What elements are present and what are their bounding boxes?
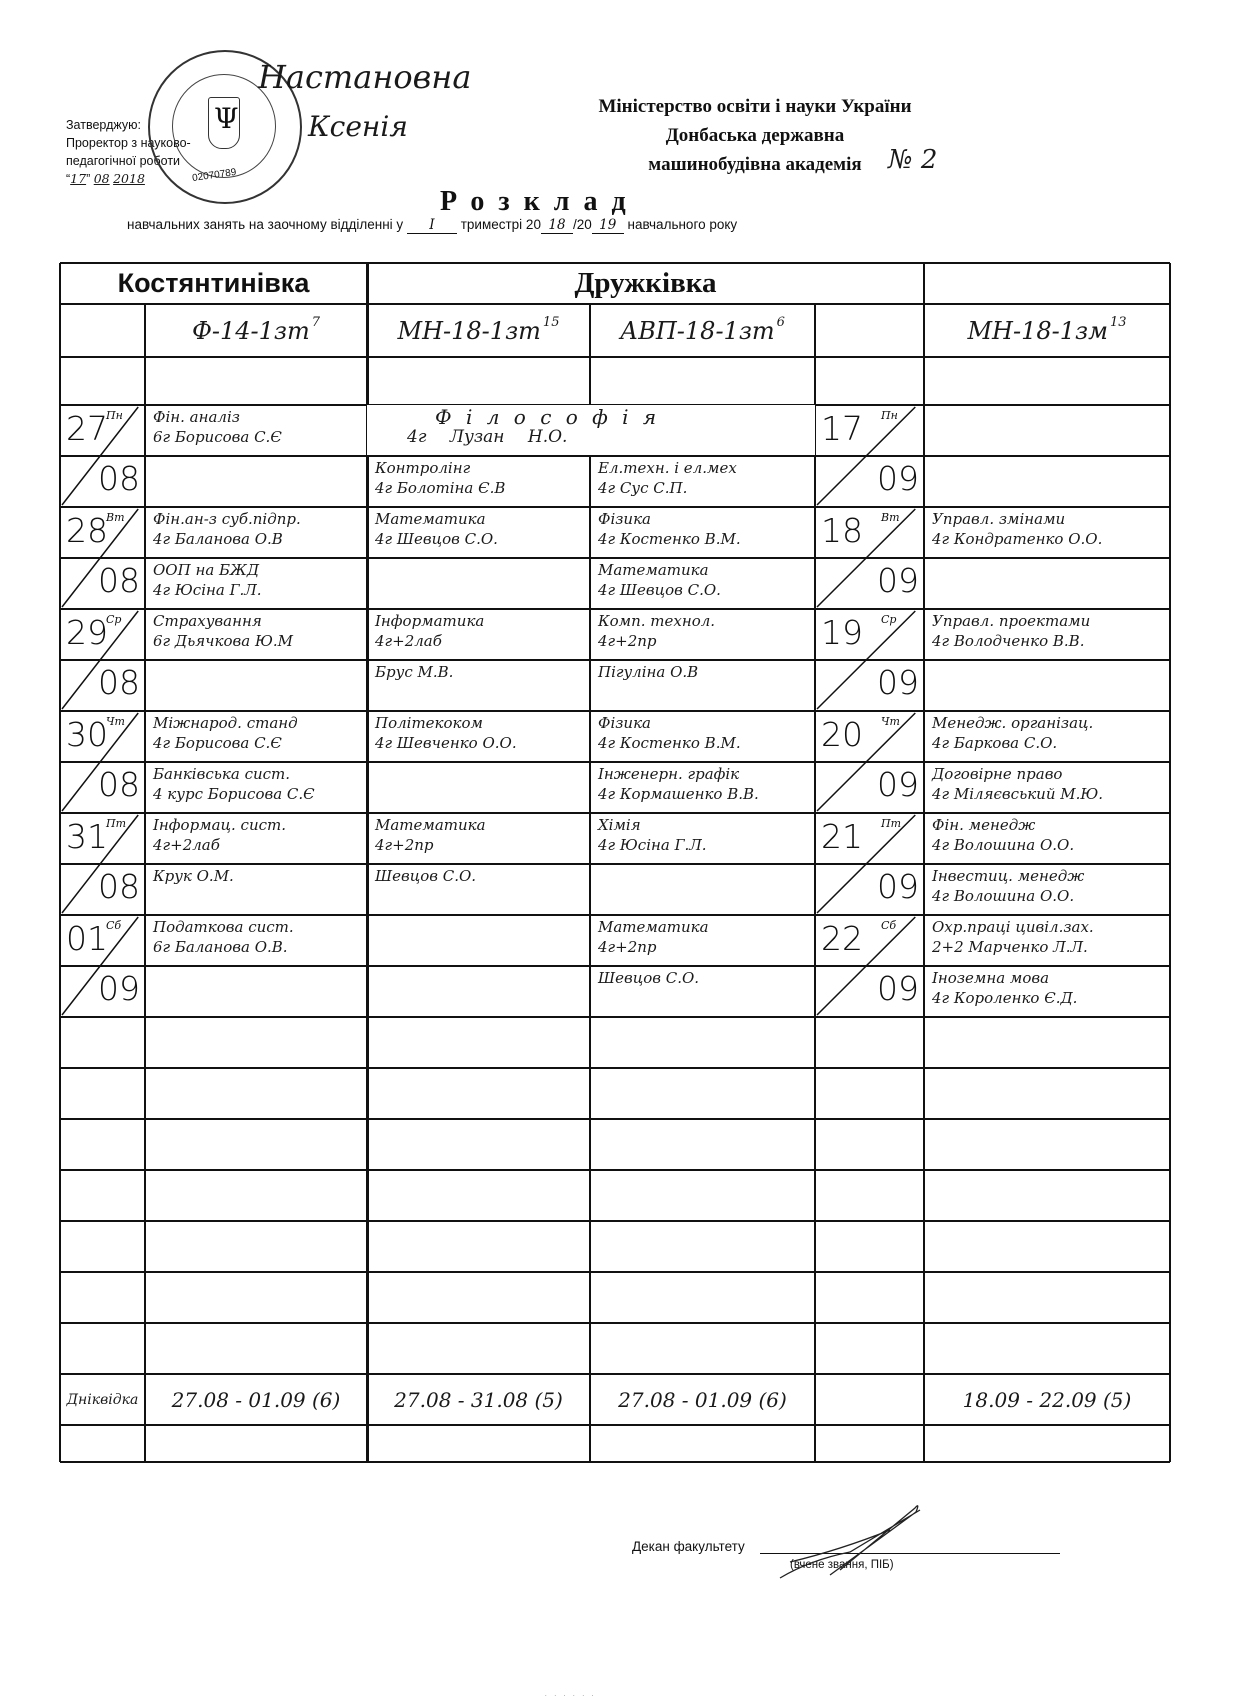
lesson-subject: Математика [598, 917, 809, 937]
group-f14-header: Ф-14-1зт7 [145, 304, 367, 357]
lesson-details: 4г Костенко В.М. [598, 529, 809, 549]
group-student-count: 7 [312, 315, 320, 330]
lesson-subject: Ел.техн. і ел.мех [598, 458, 809, 478]
document-number-mark: № 2 [888, 145, 937, 175]
lesson-subject: Менедж. організац. [932, 713, 1164, 733]
dates-label: Дніквідка [60, 1374, 145, 1425]
dates-avp18: 27.08 - 01.09 (6) [590, 1374, 815, 1425]
table-row-divider [60, 1118, 1170, 1120]
table-row-divider [60, 1220, 1170, 1222]
lesson-details: 4г Шевцов С.О. [375, 529, 584, 549]
lesson-details: 4г+2пр [598, 937, 809, 957]
day-of-week: Сб [106, 919, 121, 932]
lesson-details: 4г Кондратенко О.О. [932, 529, 1164, 549]
table-row-divider [60, 1271, 1170, 1273]
lesson-subject: Хімія [598, 815, 809, 835]
group-name: МН-18-1зм [967, 317, 1108, 345]
year-to-field: 19 [592, 217, 624, 234]
lesson-cell-mn18zm: Управл. змінами4г Кондратенко О.О. [924, 507, 1170, 558]
table-row-divider [60, 1322, 1170, 1324]
lesson-cell-avp18: Фізика4г Костенко В.М. [590, 711, 815, 762]
dates-mn18zm: 18.09 - 22.09 (5) [924, 1374, 1170, 1425]
day-of-week: Пн [106, 409, 123, 422]
lesson-details: 4г Шевченко О.О. [375, 733, 584, 753]
lesson-cell-mn18zm: Охр.праці цивіл.зах.2+2 Марченко Л.Л. [924, 915, 1170, 966]
month-number: 08 [98, 765, 140, 804]
table-row-divider [367, 455, 815, 457]
group-avp18-header: АВП-18-1зт6 [590, 304, 815, 357]
lesson-cell-mn18: Інформатика4г+2лаб [367, 609, 590, 660]
year-separator: /20 [573, 217, 592, 232]
lesson-cell-mn18zm: Договірне право4г Міляєвський М.Ю. [924, 762, 1170, 813]
lesson-subject: Шевцов С.О. [375, 866, 584, 886]
subtitle-mid: триместрі 20 [461, 217, 541, 232]
day-of-week: Чт [106, 715, 125, 728]
lesson-details: 4г Волошина О.О. [932, 886, 1164, 906]
day-cell: 31Пт08 [60, 813, 145, 915]
group-name: АВП-18-1зт [620, 317, 775, 345]
lesson-subject: Управл. проектами [932, 611, 1164, 631]
day-cell: 28Вт08 [60, 507, 145, 609]
lesson-cell-mn18: Політекоком4г Шевченко О.О. [367, 711, 590, 762]
subtitle-prefix: навчальних занять на заочному відділенні… [127, 217, 403, 232]
lesson-cell-mn18zm: Менедж. організац.4г Баркова С.О. [924, 711, 1170, 762]
lesson-details: 6г Борисова С.Є [153, 427, 361, 447]
dean-label: Декан факультету [632, 1539, 745, 1554]
table-row-divider [60, 1067, 1170, 1069]
month-number: 08 [98, 459, 140, 498]
day-number: 22 [821, 919, 863, 958]
lesson-details: 4г Баланова О.В [153, 529, 361, 549]
day-number: 31 [66, 817, 108, 856]
lesson-details: 4г Шевцов С.О. [598, 580, 809, 600]
lesson-details: 6г Дьячкова Ю.М [153, 631, 361, 651]
lesson-subject: Математика [375, 509, 584, 529]
lesson-subject: Пігуліна О.В [598, 662, 809, 682]
lesson-details: 4г Міляєвський М.Ю. [932, 784, 1164, 804]
day-of-week: Вт [881, 511, 900, 524]
lesson-cell-mn18zm [924, 660, 1170, 711]
group-student-count: 15 [543, 315, 560, 330]
day-of-week: Пт [106, 817, 126, 830]
day-number: 20 [821, 715, 863, 754]
lesson-details: 4г Кормашенко В.В. [598, 784, 809, 804]
lesson-subject: Крук О.М. [153, 866, 361, 886]
lesson-cell-avp18: Шевцов С.О. [590, 966, 815, 1017]
scan-footer-noise: . . . . . . [545, 1692, 596, 1698]
day-of-week: Сб [881, 919, 896, 932]
month-number: 08 [98, 867, 140, 906]
day-number: 19 [821, 613, 863, 652]
lesson-subject: Комп. технол. [598, 611, 809, 631]
subtitle-suffix: навчального року [628, 217, 738, 232]
group-name: Ф-14-1зт [192, 317, 310, 345]
lesson-cell-avp18: Хімія4г Юсіна Г.Л. [590, 813, 815, 864]
day-cell: 01Сб09 [60, 915, 145, 1017]
trimester-field: I [407, 217, 457, 234]
lesson-cell-f14: Інформац. сист.4г+2лаб [145, 813, 367, 864]
day-of-week: Вт [106, 511, 125, 524]
day-of-week: Ср [106, 613, 121, 626]
approval-signature-name: Настановна [258, 58, 471, 96]
day-number: 27 [66, 409, 108, 448]
lesson-details: 4г Борисова С.Є [153, 733, 361, 753]
lesson-subject: Іноземна мова [932, 968, 1164, 988]
lesson-cell-f14: Крук О.М. [145, 864, 367, 915]
dates-f14: 27.08 - 01.09 (6) [145, 1374, 367, 1425]
document-title: Розклад [440, 186, 640, 218]
dates-mn18: 27.08 - 31.08 (5) [367, 1374, 590, 1425]
lesson-subject: Фін. аналіз [153, 407, 361, 427]
lesson-details: 4г+2пр [375, 835, 584, 855]
lesson-cell-mn18zm: Інвестиц. менедж4г Волошина О.О. [924, 864, 1170, 915]
lesson-cell-mn18: Математика4г+2пр [367, 813, 590, 864]
lesson-cell-f14: Податкова сист.6г Баланова О.В. [145, 915, 367, 966]
lesson-cell-avp18: Інженерн. графік4г Кормашенко В.В. [590, 762, 815, 813]
lesson-cell-avp18: Комп. технол.4г+2пр [590, 609, 815, 660]
lesson-details: 6г Баланова О.В. [153, 937, 361, 957]
lesson-cell-f14: Фін. аналіз6г Борисова С.Є [145, 405, 367, 456]
lesson-cell-f14: Банківська сист.4 курс Борисова С.Є [145, 762, 367, 813]
city-header-druzhkivka: Дружківка [367, 263, 924, 304]
lesson-subject: Ф і л о с о ф і я [407, 407, 809, 427]
approval-signature-name-2: Ксенія [308, 110, 408, 143]
lesson-details: 4г+2лаб [153, 835, 361, 855]
lesson-cell-mn18zm [924, 558, 1170, 609]
day-number: 21 [821, 817, 863, 856]
day-cell: 21Пт09 [815, 813, 924, 915]
lesson-subject: Управл. змінами [932, 509, 1164, 529]
lesson-subject: Математика [598, 560, 809, 580]
day-of-week: Пт [881, 817, 901, 830]
lesson-cell-philosophy-merged: Ф і л о с о ф і я4г Лузан Н.О. [367, 405, 815, 456]
month-number: 08 [98, 561, 140, 600]
lesson-subject: Міжнарод. станд [153, 713, 361, 733]
lesson-cell-avp18: Математика4г+2пр [590, 915, 815, 966]
lesson-details: 4г+2лаб [375, 631, 584, 651]
lesson-subject: Політекоком [375, 713, 584, 733]
lesson-subject: Брус М.В. [375, 662, 584, 682]
lesson-subject: Податкова сист. [153, 917, 361, 937]
month-number: 09 [877, 663, 919, 702]
lesson-details: 4г Юсіна Г.Л. [153, 580, 361, 600]
lesson-cell-mn18zm [924, 405, 1170, 456]
lesson-subject: Математика [375, 815, 584, 835]
approval-date-month: 08 [94, 171, 110, 186]
month-number: 09 [877, 765, 919, 804]
day-number: 18 [821, 511, 863, 550]
day-cell: 17Пн09 [815, 405, 924, 507]
lesson-cell-f14 [145, 660, 367, 711]
lesson-cell-mn18: Брус М.В. [367, 660, 590, 711]
month-number: 08 [98, 663, 140, 702]
lesson-details: 4г+2пр [598, 631, 809, 651]
lesson-cell-mn18 [367, 966, 590, 1017]
lesson-cell-mn18 [367, 558, 590, 609]
lesson-details: 4г Юсіна Г.Л. [598, 835, 809, 855]
lesson-details: 4г Сус С.П. [598, 478, 809, 498]
day-number: 17 [821, 409, 863, 448]
lesson-cell-mn18: Математика4г Шевцов С.О. [367, 507, 590, 558]
group-student-count: 6 [777, 315, 785, 330]
lesson-subject: Інвестиц. менедж [932, 866, 1164, 886]
table-row-divider [60, 1461, 1170, 1463]
day-of-week: Чт [881, 715, 900, 728]
lesson-cell-avp18: Пігуліна О.В [590, 660, 815, 711]
lesson-details: 4г Короленко Є.Д. [932, 988, 1164, 1008]
lesson-details: 4г Баркова С.О. [932, 733, 1164, 753]
lesson-cell-mn18zm: Фін. менедж4г Волошина О.О. [924, 813, 1170, 864]
month-number: 09 [877, 969, 919, 1008]
lesson-subject: ООП на БЖД [153, 560, 361, 580]
year-from-field: 18 [541, 217, 573, 234]
lesson-cell-avp18 [590, 864, 815, 915]
lesson-cell-mn18zm: Іноземна мова4г Короленко Є.Д. [924, 966, 1170, 1017]
lesson-cell-avp18: Ел.техн. і ел.мех4г Сус С.П. [590, 456, 815, 507]
city-header-kostiantynivka: Костянтинівка [60, 263, 367, 304]
day-of-week: Пн [881, 409, 898, 422]
dean-signature-icon [770, 1500, 930, 1580]
lesson-subject: Охр.праці цивіл.зах. [932, 917, 1164, 937]
lesson-cell-mn18 [367, 762, 590, 813]
lesson-details: 2+2 Марченко Л.Л. [932, 937, 1164, 957]
lesson-details: 4г Болотіна Є.В [375, 478, 584, 498]
approval-date-day: 17 [70, 171, 86, 186]
day-cell: 30Чт08 [60, 711, 145, 813]
lesson-cell-mn18zm: Управл. проектами4г Володченко В.В. [924, 609, 1170, 660]
lesson-cell-avp18: Математика4г Шевцов С.О. [590, 558, 815, 609]
day-cell: 29Ср08 [60, 609, 145, 711]
day-number: 28 [66, 511, 108, 550]
day-number: 30 [66, 715, 108, 754]
lesson-cell-f14: Фін.ан-з суб.підпр.4г Баланова О.В [145, 507, 367, 558]
lesson-cell-f14 [145, 456, 367, 507]
lesson-subject: Фізика [598, 509, 809, 529]
lesson-subject: Фін. менедж [932, 815, 1164, 835]
ministry-name: Міністерство освіти і науки України [540, 92, 970, 121]
trident-emblem-icon [208, 97, 240, 149]
lesson-subject: Інформац. сист. [153, 815, 361, 835]
lesson-details: 4 курс Борисова С.Є [153, 784, 361, 804]
lesson-subject: Інженерн. графік [598, 764, 809, 784]
day-cell: 22Сб09 [815, 915, 924, 1017]
group-mn18-header: МН-18-1зт15 [367, 304, 590, 357]
document-subtitle: навчальних занять на заочному відділенні… [127, 217, 737, 234]
lesson-cell-f14: Міжнарод. станд4г Борисова С.Є [145, 711, 367, 762]
lesson-subject: Страхування [153, 611, 361, 631]
day-cell: 19Ср09 [815, 609, 924, 711]
day-number: 01 [66, 919, 108, 958]
lesson-subject: Договірне право [932, 764, 1164, 784]
month-number: 09 [98, 969, 140, 1008]
lesson-cell-f14 [145, 966, 367, 1017]
lesson-cell-mn18zm [924, 456, 1170, 507]
day-of-week: Ср [881, 613, 896, 626]
day-cell: 20Чт09 [815, 711, 924, 813]
lesson-subject: Контролінг [375, 458, 584, 478]
lesson-details: 4г Волошина О.О. [932, 835, 1164, 855]
lesson-subject: Банківська сист. [153, 764, 361, 784]
lesson-cell-f14: Страхування6г Дьячкова Ю.М [145, 609, 367, 660]
lesson-subject: Шевцов С.О. [598, 968, 809, 988]
day-cell: 18Вт09 [815, 507, 924, 609]
lesson-subject: Фін.ан-з суб.підпр. [153, 509, 361, 529]
lesson-cell-mn18: Контролінг4г Болотіна Є.В [367, 456, 590, 507]
lesson-subject: Інформатика [375, 611, 584, 631]
table-row-divider [60, 1169, 1170, 1171]
day-cell: 27Пн08 [60, 405, 145, 507]
lesson-cell-mn18 [367, 915, 590, 966]
lesson-details: 4г Володченко В.В. [932, 631, 1164, 651]
lesson-details: 4г Лузан Н.О. [407, 427, 809, 447]
lesson-cell-avp18: Фізика4г Костенко В.М. [590, 507, 815, 558]
group-mn18zm-header: МН-18-1зм13 [924, 304, 1170, 357]
month-number: 09 [877, 867, 919, 906]
lesson-cell-f14: ООП на БЖД4г Юсіна Г.Л. [145, 558, 367, 609]
group-student-count: 13 [1110, 315, 1127, 330]
group-name: МН-18-1зт [398, 317, 541, 345]
approval-date-year: 2018 [113, 171, 145, 186]
lesson-cell-mn18: Шевцов С.О. [367, 864, 590, 915]
day-number: 29 [66, 613, 108, 652]
month-number: 09 [877, 459, 919, 498]
lesson-details: 4г Костенко В.М. [598, 733, 809, 753]
lesson-subject: Фізика [598, 713, 809, 733]
month-number: 09 [877, 561, 919, 600]
